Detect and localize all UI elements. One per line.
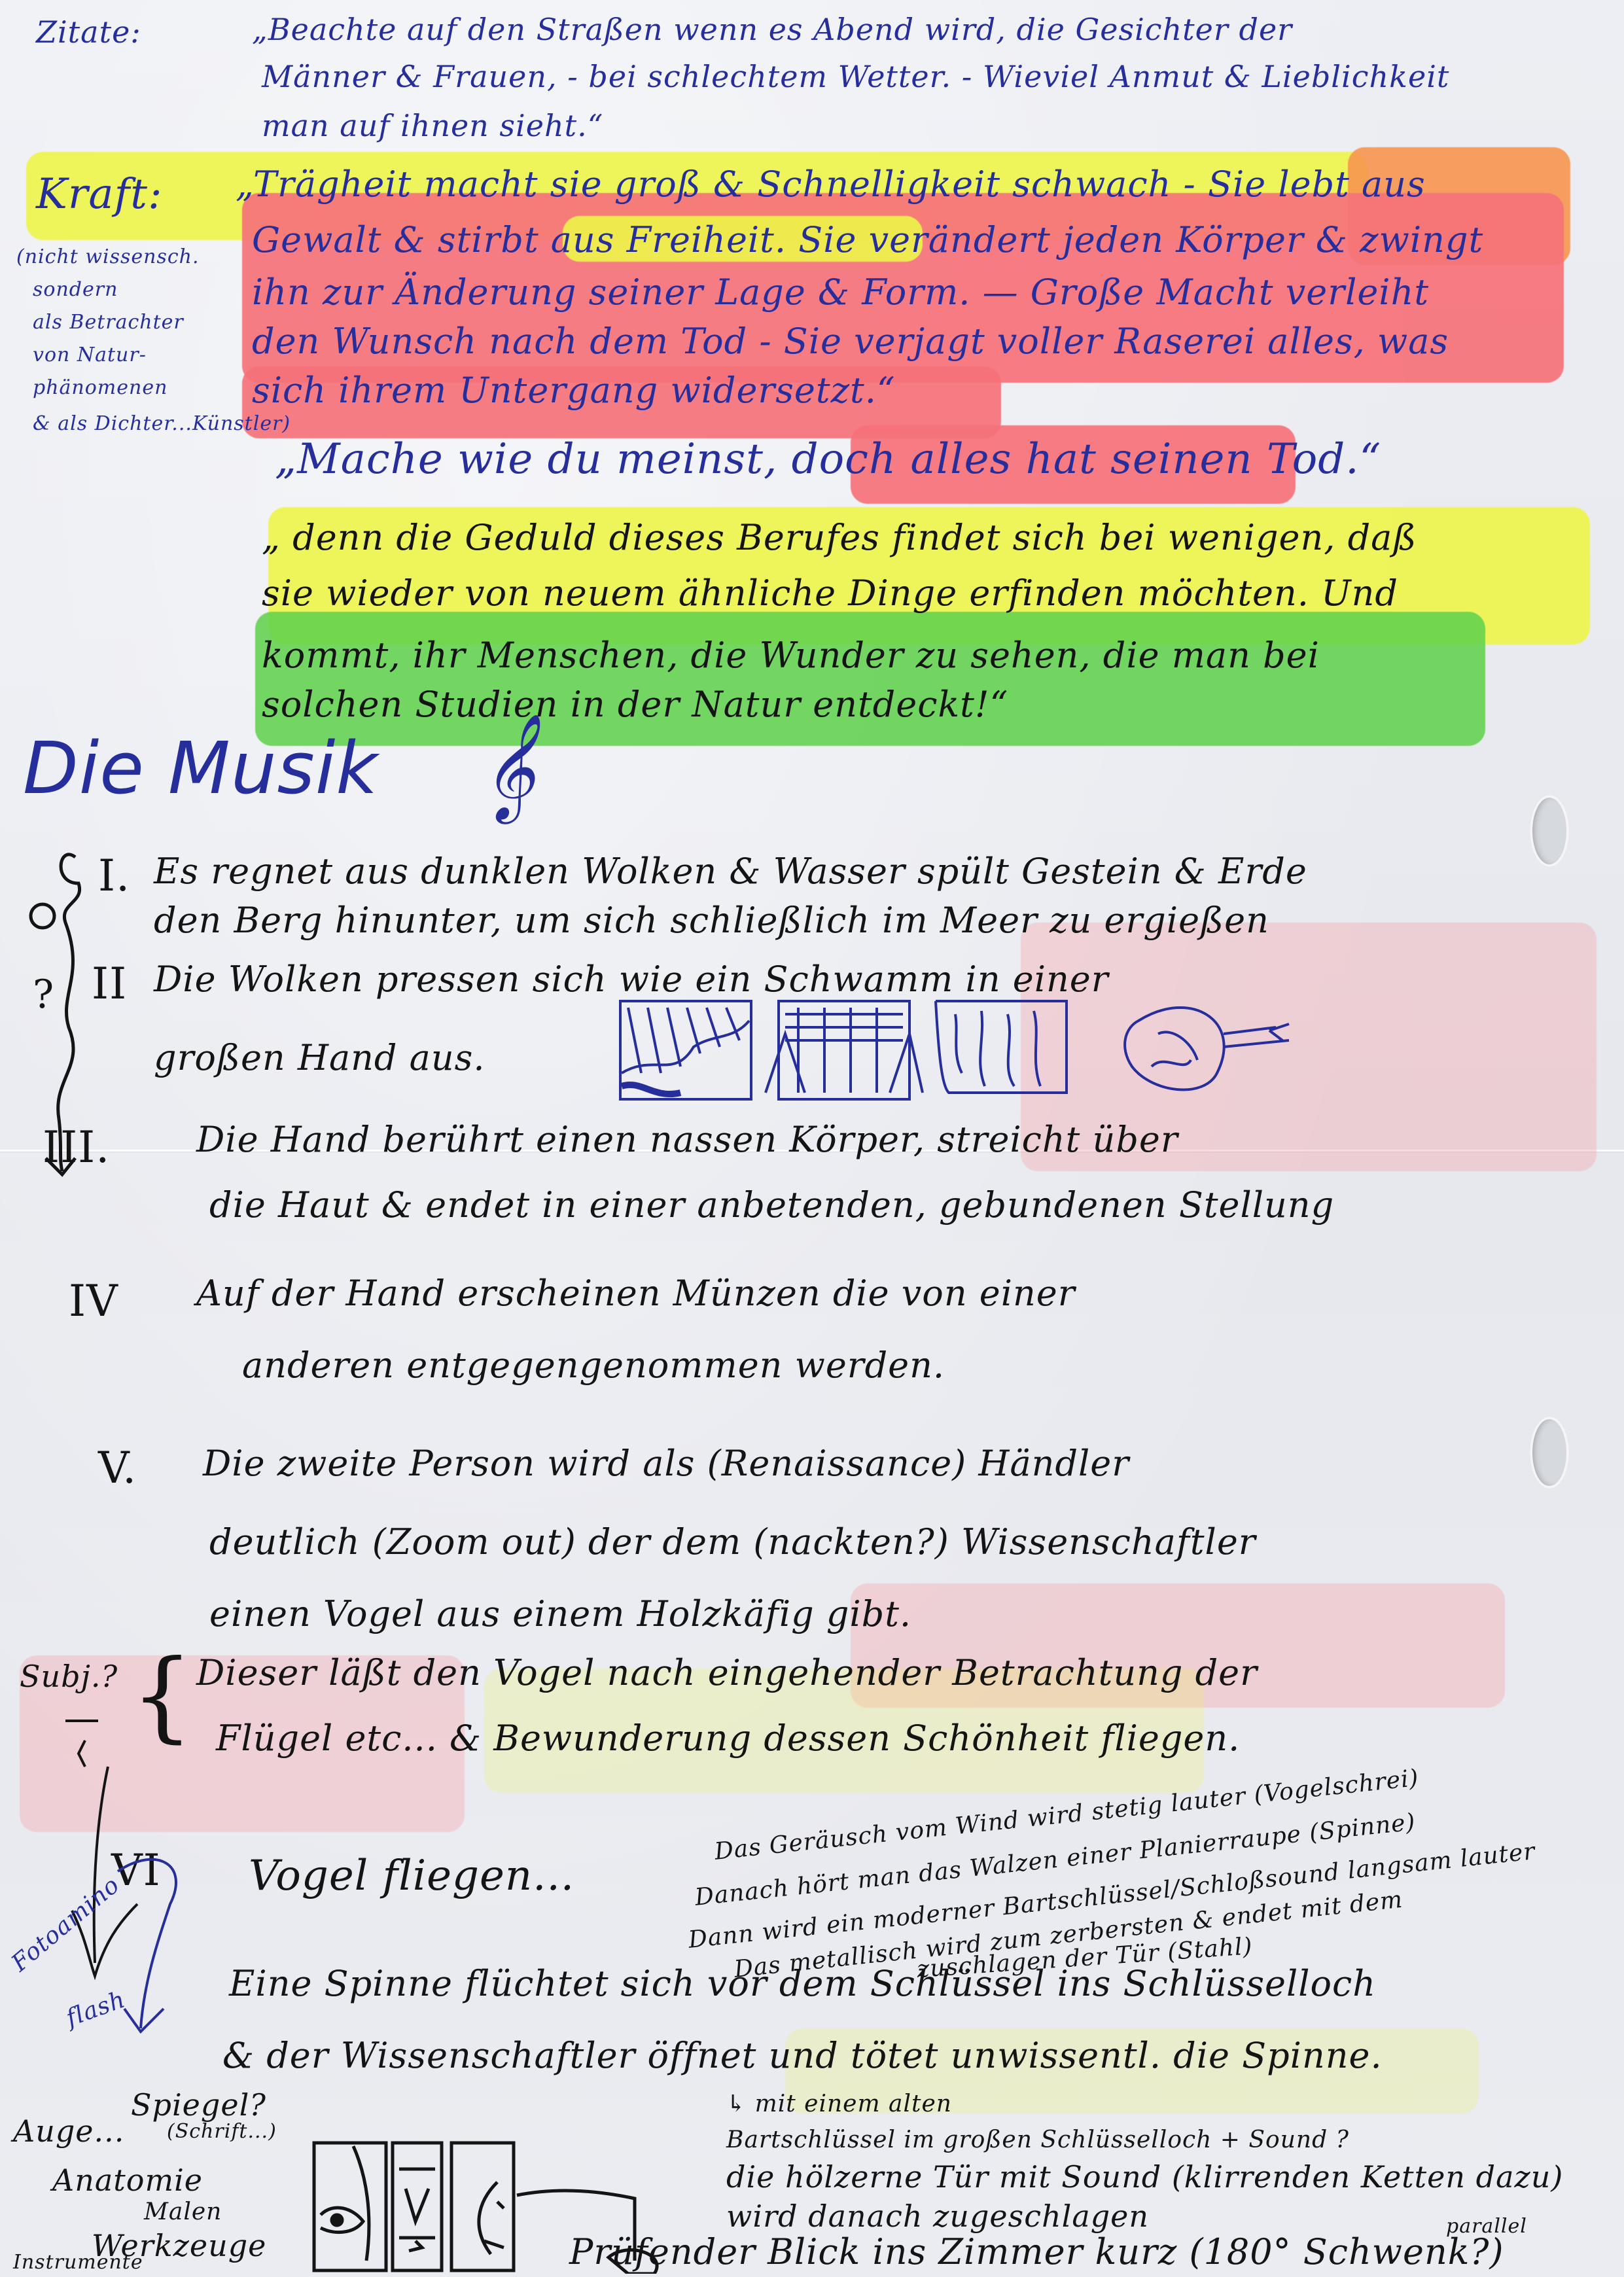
section-num-1: I.: [98, 851, 130, 901]
geduld-line-3: kommt, ihr Menschen, die Wunder zu sehen…: [262, 635, 1320, 676]
key-note-line-3: die hölzerne Tür mit Sound (klirrenden K…: [726, 2159, 1563, 2195]
spiegel-label: Spiegel?: [131, 2087, 266, 2123]
section-4-line-1: Auf der Hand erscheinen Münzen die von e…: [196, 1273, 1076, 1314]
anatomie-label: Anatomie: [52, 2162, 203, 2198]
spider-line-1: Eine Spinne flüchtet sich vor dem Schlüs…: [229, 1963, 1376, 2004]
section-6-line-1: Vogel fliegen...: [249, 1852, 574, 1900]
zitate-label: Zitate:: [36, 14, 141, 50]
section-num-4: IV: [69, 1276, 118, 1326]
kraft-line-5: sich ihrem Untergang widersetzt.“: [252, 370, 896, 411]
musik-title: Die Musik: [23, 726, 378, 810]
instrumente-label: Instrumente: [13, 2251, 143, 2274]
kraft-line-4: den Wunsch nach dem Tod - Sie verjagt vo…: [252, 321, 1449, 362]
spider-line-2: & der Wissenschaftler öffnet und tötet u…: [222, 2035, 1383, 2076]
margin-note-line-3: als Betrachter: [33, 311, 184, 334]
section-bird-line-2: Flügel etc... & Bewunderung dessen Schön…: [216, 1718, 1240, 1759]
mache-quote: „Mache wie du meinst, doch alles hat sei…: [275, 435, 1381, 484]
final-line: Prüfender Blick ins Zimmer kurz (180° Sc…: [569, 2231, 1504, 2272]
section-3-line-1: Die Hand berührt einen nassen Körper, st…: [196, 1119, 1178, 1160]
geduld-line-1: „ denn die Geduld dieses Berufes findet …: [262, 517, 1417, 558]
punch-hole-bottom: [1530, 1417, 1569, 1489]
kraft-line-2: Gewalt & stirbt aus Freiheit. Sie veränd…: [252, 219, 1483, 260]
margin-note-line-5: phänomenen: [33, 376, 168, 399]
section-num-2: II: [92, 959, 127, 1009]
kraft-label: Kraft:: [36, 170, 163, 219]
malen-label: Malen: [144, 2198, 222, 2225]
auge-label: Auge...: [13, 2113, 124, 2149]
kraft-line-1: „Trägheit macht sie groß & Schnelligkeit…: [236, 164, 1426, 205]
section-5-line-2: deutlich (Zoom out) der dem (nackten?) W…: [209, 1521, 1256, 1562]
highlight-green-kommt: [255, 612, 1485, 746]
section-5-line-3: einen Vogel aus einem Holzkäfig gibt.: [209, 1593, 911, 1634]
geduld-line-4: solchen Studien in der Natur entdeckt!“: [262, 684, 1008, 725]
margin-note-line-2: sondern: [33, 278, 118, 301]
section-2-line-1: Die Wolken pressen sich wie ein Schwamm …: [154, 959, 1109, 1000]
section-num-3: III.: [43, 1122, 110, 1173]
zitate-line-1: „Beachte auf den Straßen wenn es Abend w…: [252, 12, 1292, 47]
storyboard-sketch-top: [615, 995, 1413, 1106]
key-note-line-1: ↳ mit einem alten: [726, 2091, 952, 2117]
margin-note-line-6: & als Dichter...Künstler): [33, 412, 291, 435]
zitate-line-3: man auf ihnen sieht.“: [262, 108, 603, 143]
subj-label: Subj.?: [20, 1659, 118, 1694]
zitate-line-2: Männer & Frauen, - bei schlechtem Wetter…: [262, 59, 1449, 94]
spiegel-sub-label: (Schrift...): [167, 2120, 277, 2143]
section-bird-line-1: Dieser läßt den Vogel nach eingehender B…: [196, 1652, 1258, 1693]
kraft-line-3: ihn zur Änderung seiner Lage & Form. — G…: [252, 272, 1429, 313]
section-1-line-1: Es regnet aus dunklen Wolken & Wasser sp…: [154, 851, 1307, 892]
key-note-line-2: Bartschlüssel im großen Schlüsselloch + …: [726, 2127, 1349, 2153]
section-5-line-1: Die zweite Person wird als (Renaissance)…: [203, 1443, 1129, 1484]
section-3-line-2: die Haut & endet in einer anbetenden, ge…: [209, 1184, 1334, 1226]
section-2-line-2: großen Hand aus.: [154, 1037, 485, 1078]
flash-arrow-icon: [105, 1845, 190, 2041]
margin-note-line-4: von Natur-: [33, 344, 147, 366]
key-note-line-4: wird danach zugeschlagen: [726, 2198, 1149, 2234]
punch-hole-top: [1530, 795, 1569, 867]
margin-note-line-1: (nicht wissensch.: [16, 245, 200, 268]
parallel-annotation: parallel: [1446, 2215, 1527, 2238]
geduld-line-2: sie wieder von neuem ähnliche Dinge erfi…: [262, 573, 1398, 614]
section-4-line-2: anderen entgegengenommen werden.: [242, 1345, 945, 1386]
section-num-5: V.: [98, 1443, 137, 1493]
treble-clef-icon: 𝄞: [481, 713, 536, 821]
svg-text:?: ?: [33, 972, 54, 1017]
section-1-line-2: den Berg hinunter, um sich schließlich i…: [154, 900, 1269, 941]
